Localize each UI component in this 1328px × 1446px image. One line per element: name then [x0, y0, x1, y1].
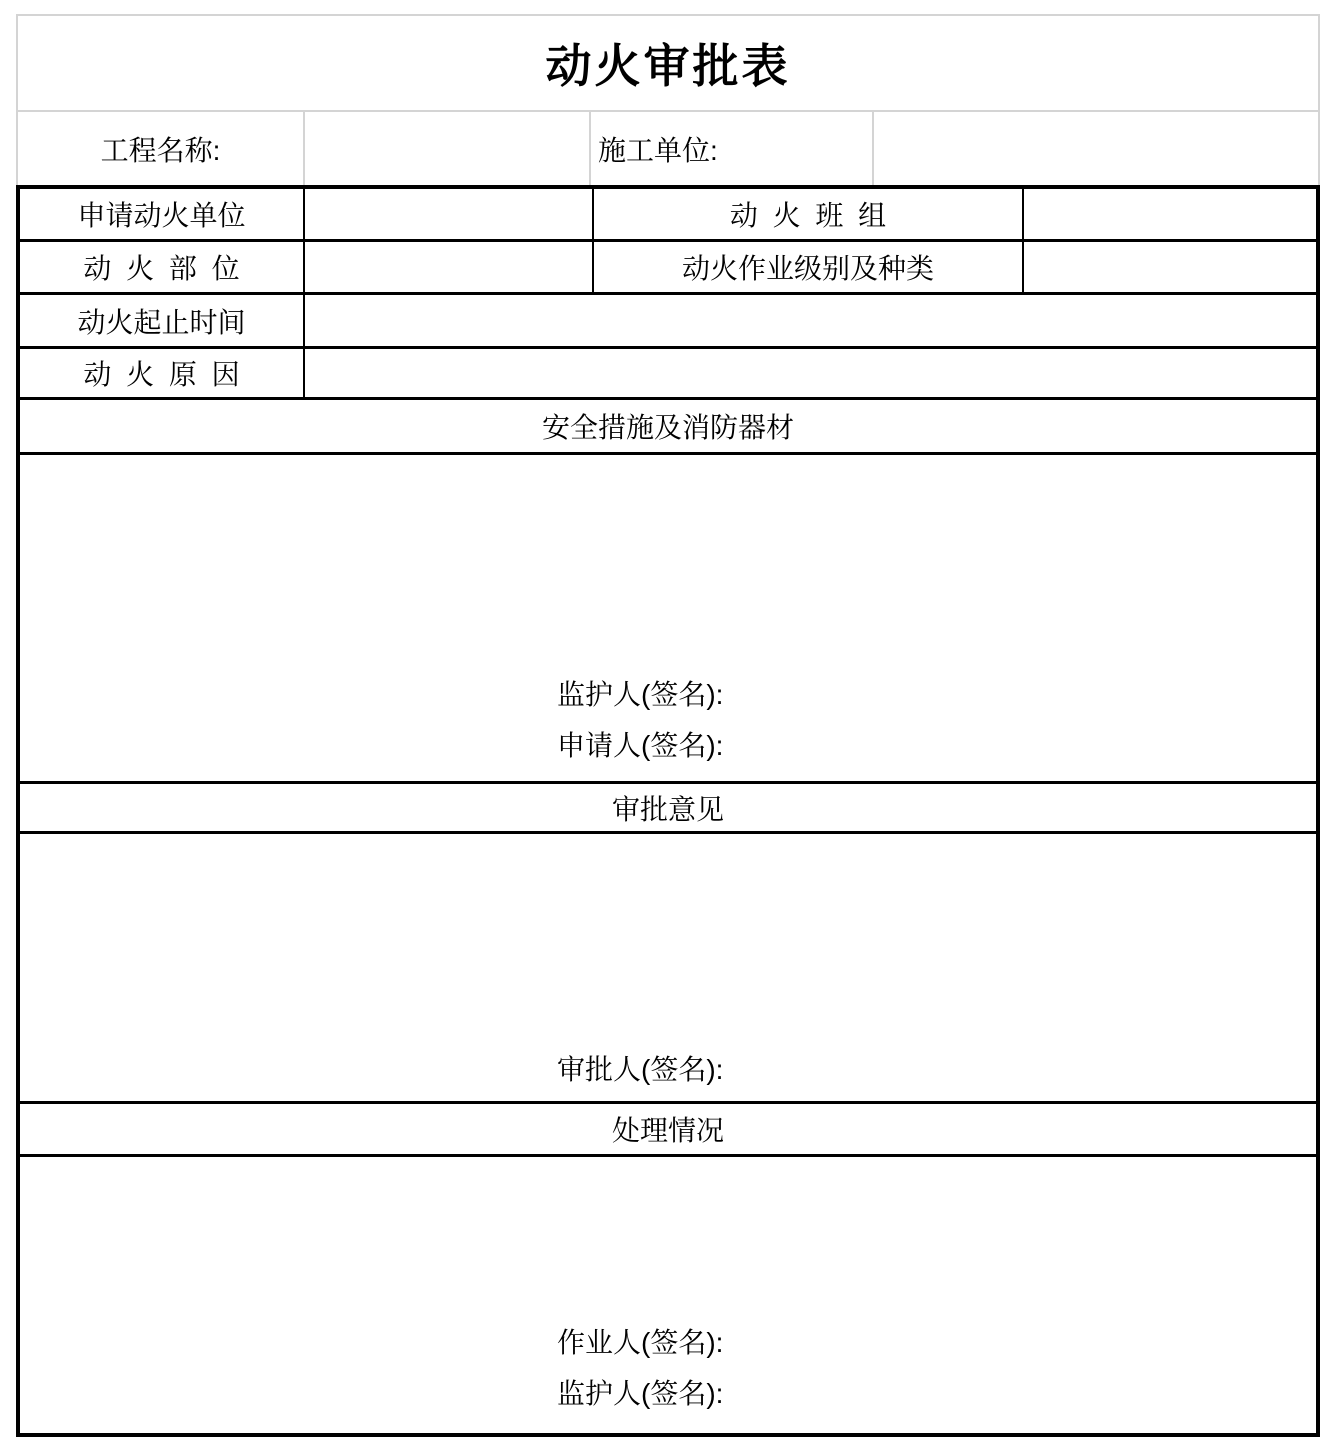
form-main-table: 申请动火单位 动 火 班 组 动 火 部 位 动火作业级别及种类 动火起止时间 …	[16, 185, 1320, 1437]
fire-reason-label: 动 火 原 因	[20, 349, 305, 397]
page-title: 动火审批表	[546, 30, 791, 96]
fire-reason-row: 动 火 原 因	[20, 349, 1316, 400]
handling-body-row: 作业人(签名): 监护人(签名):	[20, 1157, 1316, 1433]
fire-class-input[interactable]	[1024, 242, 1316, 292]
fire-class-label: 动火作业级别及种类	[594, 242, 1024, 292]
approver-signature-line[interactable]: 审批人(签名):	[557, 1044, 723, 1095]
fire-time-row: 动火起止时间	[20, 295, 1316, 349]
project-info-row: 工程名称: 施工单位:	[18, 112, 1318, 185]
guardian-signature-line[interactable]: 监护人(签名):	[557, 669, 723, 720]
safety-section-header: 安全措施及消防器材	[20, 400, 1316, 452]
handling-section-header: 处理情况	[20, 1104, 1316, 1154]
approval-section-input[interactable]: 审批人(签名):	[20, 834, 1316, 1101]
fire-location-input[interactable]	[305, 242, 594, 292]
fire-location-row: 动 火 部 位 动火作业级别及种类	[20, 242, 1316, 295]
fire-team-label: 动 火 班 组	[594, 189, 1024, 239]
safety-section-input[interactable]: 监护人(签名): 申请人(签名):	[20, 455, 1316, 781]
approval-header-row: 审批意见	[20, 784, 1316, 834]
project-name-input[interactable]	[305, 112, 591, 185]
fire-time-input[interactable]	[305, 295, 1316, 346]
fire-location-label: 动 火 部 位	[20, 242, 305, 292]
fire-team-input[interactable]	[1024, 189, 1316, 239]
safety-body-row: 监护人(签名): 申请人(签名):	[20, 455, 1316, 784]
contractor-label: 施工单位:	[591, 112, 874, 185]
safety-signature-block: 监护人(签名): 申请人(签名):	[557, 669, 723, 771]
handling-section-input[interactable]: 作业人(签名): 监护人(签名):	[20, 1157, 1316, 1433]
approval-signature-block: 审批人(签名):	[557, 1044, 723, 1095]
guardian2-signature-line[interactable]: 监护人(签名):	[557, 1368, 723, 1419]
fire-reason-input[interactable]	[305, 349, 1316, 397]
handling-header-row: 处理情况	[20, 1104, 1316, 1157]
contractor-input[interactable]	[874, 112, 1318, 185]
safety-header-row: 安全措施及消防器材	[20, 400, 1316, 455]
apply-unit-label: 申请动火单位	[20, 189, 305, 239]
operator-signature-line[interactable]: 作业人(签名):	[557, 1317, 723, 1368]
approval-body-row: 审批人(签名):	[20, 834, 1316, 1104]
hot-work-approval-form: 动火审批表 工程名称: 施工单位: 申请动火单位 动 火 班 组 动 火 部 位…	[16, 14, 1320, 1437]
apply-unit-input[interactable]	[305, 189, 594, 239]
form-header-table: 动火审批表 工程名称: 施工单位:	[16, 14, 1320, 185]
approval-section-header: 审批意见	[20, 784, 1316, 831]
handling-signature-block: 作业人(签名): 监护人(签名):	[557, 1317, 723, 1419]
project-name-label: 工程名称:	[18, 112, 305, 185]
applicant-signature-line[interactable]: 申请人(签名):	[557, 720, 723, 771]
fire-time-label: 动火起止时间	[20, 295, 305, 346]
title-row: 动火审批表	[18, 16, 1318, 112]
apply-unit-row: 申请动火单位 动 火 班 组	[20, 189, 1316, 242]
